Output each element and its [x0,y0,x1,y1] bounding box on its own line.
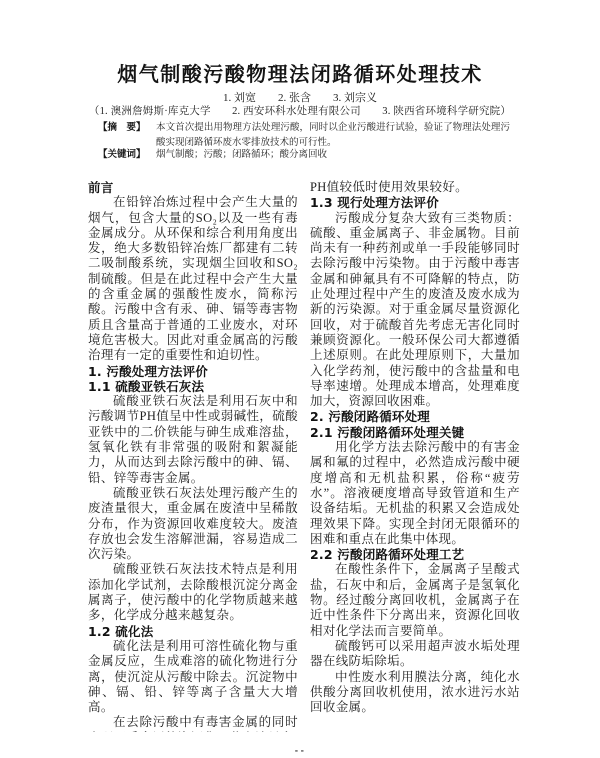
body-paragraph-continuation: PH值较低时使用效果较好。 [310,180,520,195]
body-paragraph: 硫酸亚铁石灰法是利用石灰中和污酸调节PH值呈中性或弱碱性，硫酸亚铁中的二价铁能与… [88,394,298,486]
keywords-label: 【关键词】 [98,148,150,163]
section-heading-1-3: 1.3 现行处理方法评价 [310,195,520,210]
body-paragraph: 中性废水利用膜法分离，纯化水供酸分离回收机使用，浓水进污水站回收金属。 [310,670,520,716]
section-heading-1: 1. 污酸处理方法评价 [88,364,298,379]
affiliations-line: （1. 澳洲詹姆斯·库克大学 2. 西安环科水处理有限公司 3. 陕西省环境科学… [0,103,600,118]
section-heading-2-1: 2.1 污酸闭路循环处理关键 [310,425,520,440]
section-heading-2: 2. 污酸闭路循环处理 [310,409,520,424]
body-paragraph: 硫酸钙可以采用超声波水垢处理器在线防垢除垢。 [310,639,520,670]
section-heading-1-2: 1.2 硫化法 [88,624,298,639]
body-paragraph: 硫酸亚铁石灰法处理污酸产生的废渣量很大，重金属在废渣中呈稀散分布，作为资源回收难… [88,486,298,562]
body-two-columns: 前言 在铅锌冶炼过程中会产生大量的烟气，包含大量的SO₂以及一些有毒金属成分。从… [88,180,520,732]
right-column: PH值较低时使用效果较好。 1.3 现行处理方法评价 污酸成分复杂大致有三类物质… [310,180,520,732]
left-column: 前言 在铅锌冶炼过程中会产生大量的烟气，包含大量的SO₂以及一些有毒金属成分。从… [88,180,298,732]
body-paragraph: 用化学方法去除污酸中的有害金属和氟的过程中，必然造成污酸中硬度增高和无机盐积累，… [310,440,520,547]
paper-title: 烟气制酸污酸物理法闭路循环处理技术 [0,58,600,87]
page-number-mark: -- [294,746,306,755]
body-paragraph: 硫酸亚铁石灰法技术特点是利用添加化学试剂，去除酸根沉淀分离金属离子，使污酸中的化… [88,562,298,623]
section-heading-foreword: 前言 [88,180,298,195]
section-heading-2-2: 2.2 污酸闭路循环处理工艺 [310,547,520,562]
body-paragraph: 在酸性条件下，金属离子呈酸式盐，石灰中和后，金属离子是氢氧化物。经过酸分离回收机… [310,562,520,638]
keywords-text: 烟气制酸；污酸；闭路循环；酸分离回收 [156,148,510,163]
abstract-block: 【摘 要】 本文首次提出用物理方法处理污酸，同时以企业污酸进行试验，验证了物理法… [98,121,510,150]
body-paragraph: 硫化法是利用可溶性硫化物与重金属反应，生成难溶的硫化物进行分离，使沉淀从污酸中除… [88,639,298,715]
abstract-text: 本文首次提出用物理方法处理污酸，同时以企业污酸进行试验，验证了物理法处理污酸实现… [156,121,510,150]
body-paragraph: 污酸成分复杂大致有三类物质：硫酸、重金属离子、非金属物。目前尚未有一种药剂或单一… [310,211,520,410]
body-paragraph: 在去除污酸中有毒害金属的同时实现了重金属的资源化，此方法是在 [88,715,298,732]
keywords-block: 【关键词】 烟气制酸；污酸；闭路循环；酸分离回收 [98,148,510,163]
abstract-label: 【摘 要】 [98,121,150,136]
document-page: 烟气制酸污酸物理法闭路循环处理技术 1. 刘宽 2. 张含 3. 刘宗义 （1.… [0,0,600,758]
body-paragraph: 在铅锌冶炼过程中会产生大量的烟气，包含大量的SO₂以及一些有毒金属成分。从环保和… [88,195,298,363]
section-heading-1-1: 1.1 硫酸亚铁石灰法 [88,379,298,394]
